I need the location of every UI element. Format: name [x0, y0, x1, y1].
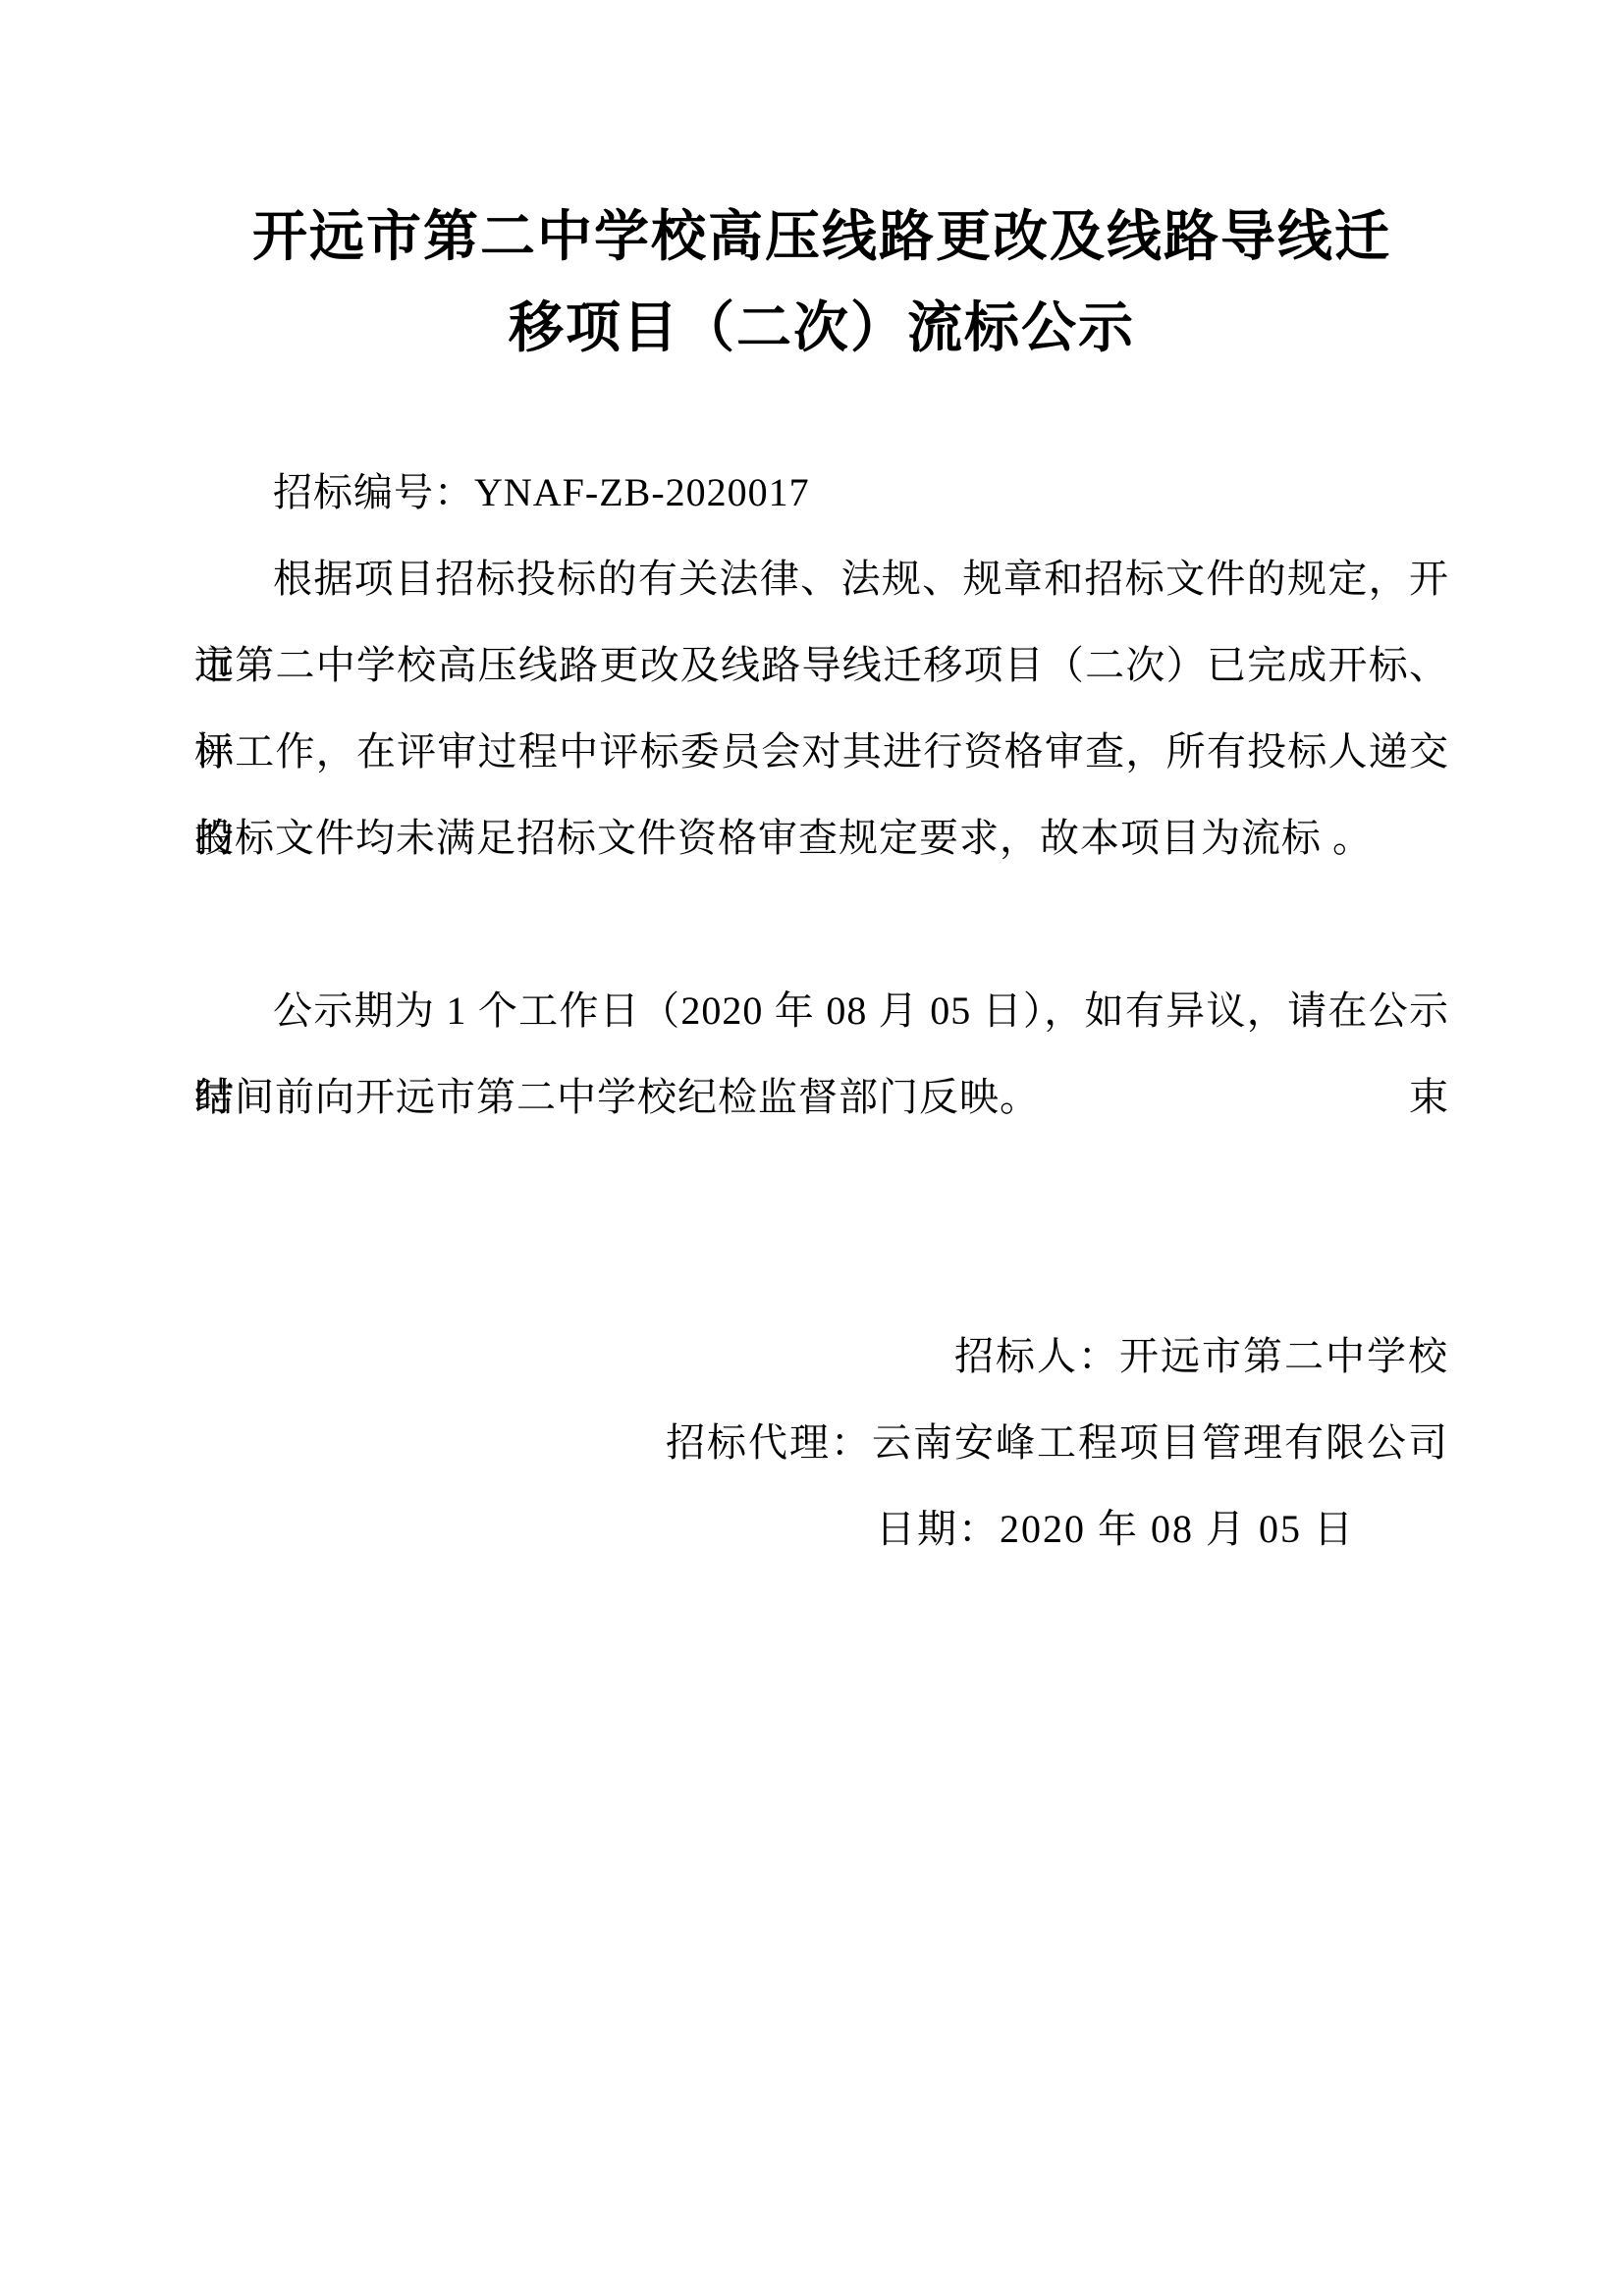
signature-agent-line: 招标代理：云南安峰工程项目管理有限公司 — [194, 1400, 1449, 1486]
signature-date-line: 日期：2020 年 08 月 05 日 — [194, 1486, 1449, 1573]
document-content: 开远市第二中学校高压线路更改及线路导线迁 移项目（二次）流标公示 招标编号：YN… — [194, 192, 1449, 1573]
title-body-spacer — [194, 375, 1449, 450]
notice-document-page: 开远市第二中学校高压线路更改及线路导线迁 移项目（二次）流标公示 招标编号：YN… — [0, 0, 1624, 2296]
blank-line — [194, 881, 1449, 968]
blank-line — [194, 1227, 1449, 1313]
paragraph-1-line-2: 市第二中学校高压线路更改及线路导线迁移项目（二次）已完成开标、评 — [194, 622, 1449, 709]
signature-bidder-line: 招标人：开远市第二中学校 — [194, 1313, 1449, 1400]
paragraph-2-line-1: 公示期为 1 个工作日（2020 年 08 月 05 日），如有异议，请在公示结… — [194, 968, 1449, 1054]
paragraph-1-line-1: 根据项目招标投标的有关法律、法规、规章和招标文件的规定，开远 — [194, 536, 1449, 622]
paragraph-1-line-4: 投标文件均未满足招标文件资格审查规定要求，故本项目为流标 。 — [194, 795, 1449, 881]
document-title-line-1: 开远市第二中学校高压线路更改及线路导线迁 — [194, 192, 1449, 284]
blank-line — [194, 1141, 1449, 1227]
paragraph-1-line-3: 标工作，在评审过程中评标委员会对其进行资格审查，所有投标人递交的 — [194, 709, 1449, 795]
bid-number-line: 招标编号：YNAF-ZB-2020017 — [194, 450, 1449, 536]
document-title-line-2: 移项目（二次）流标公示 — [194, 284, 1449, 375]
